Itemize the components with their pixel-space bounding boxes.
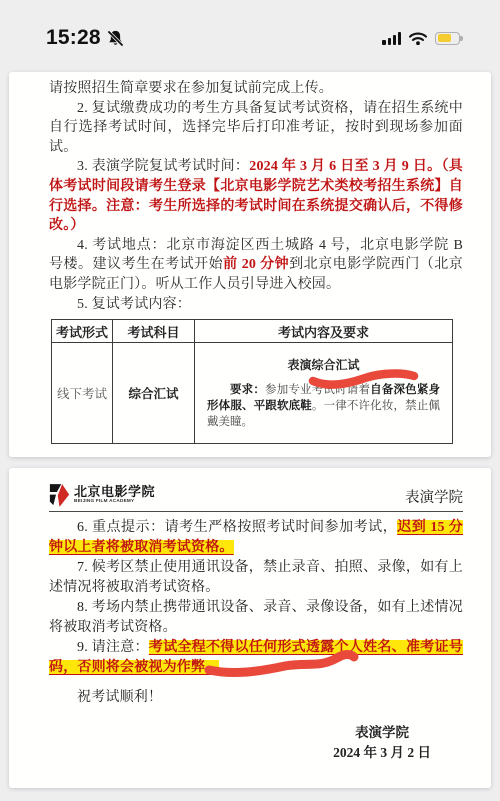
wifi-icon [408,31,428,46]
document-page-2: 北京电影学院 BEIJING FILM ACADEMY 表演学院 6. 重点提示… [9,468,491,788]
req-text-1: 参加专业考试时请着 [265,384,370,396]
bfa-logo-chinese: 北京电影学院 [74,485,155,499]
header-exam-subject: 考试科目 [113,320,195,343]
bfa-logo-english: BEIJING FILM ACADEMY [74,499,137,504]
paragraph-item-7: 7. 候考区禁止使用通讯设备，禁止录音、拍照、录像，如有上述情况将被取消考试资格… [49,558,463,598]
paragraph-upload: 请按照招生简章要求在参加复试前完成上传。 [49,79,463,99]
signature-date: 2024 年 3 月 2 日 [333,742,431,763]
item3-prefix: 3. 表演学院复试考试时间： [77,159,249,174]
req-label: 要求： [230,384,265,396]
header-divider [49,511,463,512]
paragraph-item-5: 5. 复试考试内容： [49,295,463,315]
paragraph-item-6: 6. 重点提示：请考生严格按照考试时间参加考试，迟到 15 分钟以上者将被取消考… [49,518,463,558]
notifications-muted-icon [106,29,125,48]
item9-prefix: 9. 请注意： [77,640,149,655]
cell-content-title: 表演综合汇试 [207,356,440,373]
header-exam-content: 考试内容及要求 [195,320,453,343]
battery-nub [460,36,462,41]
cell-exam-form: 线下考试 [52,343,113,444]
exam-content-table: 考试形式 考试科目 考试内容及要求 线下考试 综合汇试 表演综合汇试 要求：参加… [51,319,453,444]
status-time: 15:28 [46,26,101,50]
document-page-1: 请按照招生简章要求在参加复试前完成上传。 2. 复试缴费成功的考生方具备复试考试… [9,72,491,457]
status-bar-left: 15:28 [46,26,125,50]
header-exam-form: 考试形式 [52,320,113,343]
paragraph-item-2: 2. 复试缴费成功的考生方具备复试考试资格，请在招生系统中自行选择考试时间，选择… [49,99,463,158]
cell-exam-content: 表演综合汇试 要求：参加专业考试时请着自备深色紧身形体服、平跟软底鞋。一律不许化… [195,343,453,444]
battery-fill [438,34,451,42]
paragraph-item-3: 3. 表演学院复试考试时间：2024 年 3 月 6 日至 3 月 9 日。（具… [49,157,463,235]
table-row: 线下考试 综合汇试 表演综合汇试 要求：参加专业考试时请着自备深色紧身形体服、平… [52,343,453,444]
table-header-row: 考试形式 考试科目 考试内容及要求 [52,320,453,343]
battery-icon [435,32,460,45]
cellular-signal-icon [382,32,401,45]
cell-content-requirements: 要求：参加专业考试时请着自备深色紧身形体服、平跟软底鞋。一律不许化妆，禁止佩戴美… [207,382,440,430]
bfa-logo-text: 北京电影学院 BEIJING FILM ACADEMY [74,485,155,506]
item6-prefix: 6. 重点提示：请考生严格按照考试时间参加考试， [77,520,397,535]
item4-arrival-time: 前 20 分钟 [223,257,289,272]
status-bar: 15:28 [0,0,500,62]
cell-exam-subject: 综合汇试 [113,343,195,444]
page2-header: 北京电影学院 BEIJING FILM ACADEMY 表演学院 [49,483,463,507]
signature-block: 表演学院 2024 年 3 月 2 日 [333,723,431,763]
status-bar-right [382,31,460,46]
paragraph-item-8: 8. 考场内禁止携带通讯设备、录音、录像设备，如有上述情况将被取消考试资格。 [49,598,463,638]
paragraph-item-4: 4. 考试地点：北京市海淀区西土城路 4 号，北京电影学院 B 号楼。建议考生在… [49,236,463,295]
bfa-logo-icon [49,483,70,507]
signature-name: 表演学院 [333,723,431,742]
bfa-logo: 北京电影学院 BEIJING FILM ACADEMY [49,483,155,507]
paragraph-item-9: 9. 请注意：考试全程不得以任何形式透露个人姓名、准考证号码，否则将会被视为作弊… [49,638,463,678]
paragraph-wish: 祝考试顺利！ [49,688,463,708]
header-school-name: 表演学院 [405,486,463,507]
